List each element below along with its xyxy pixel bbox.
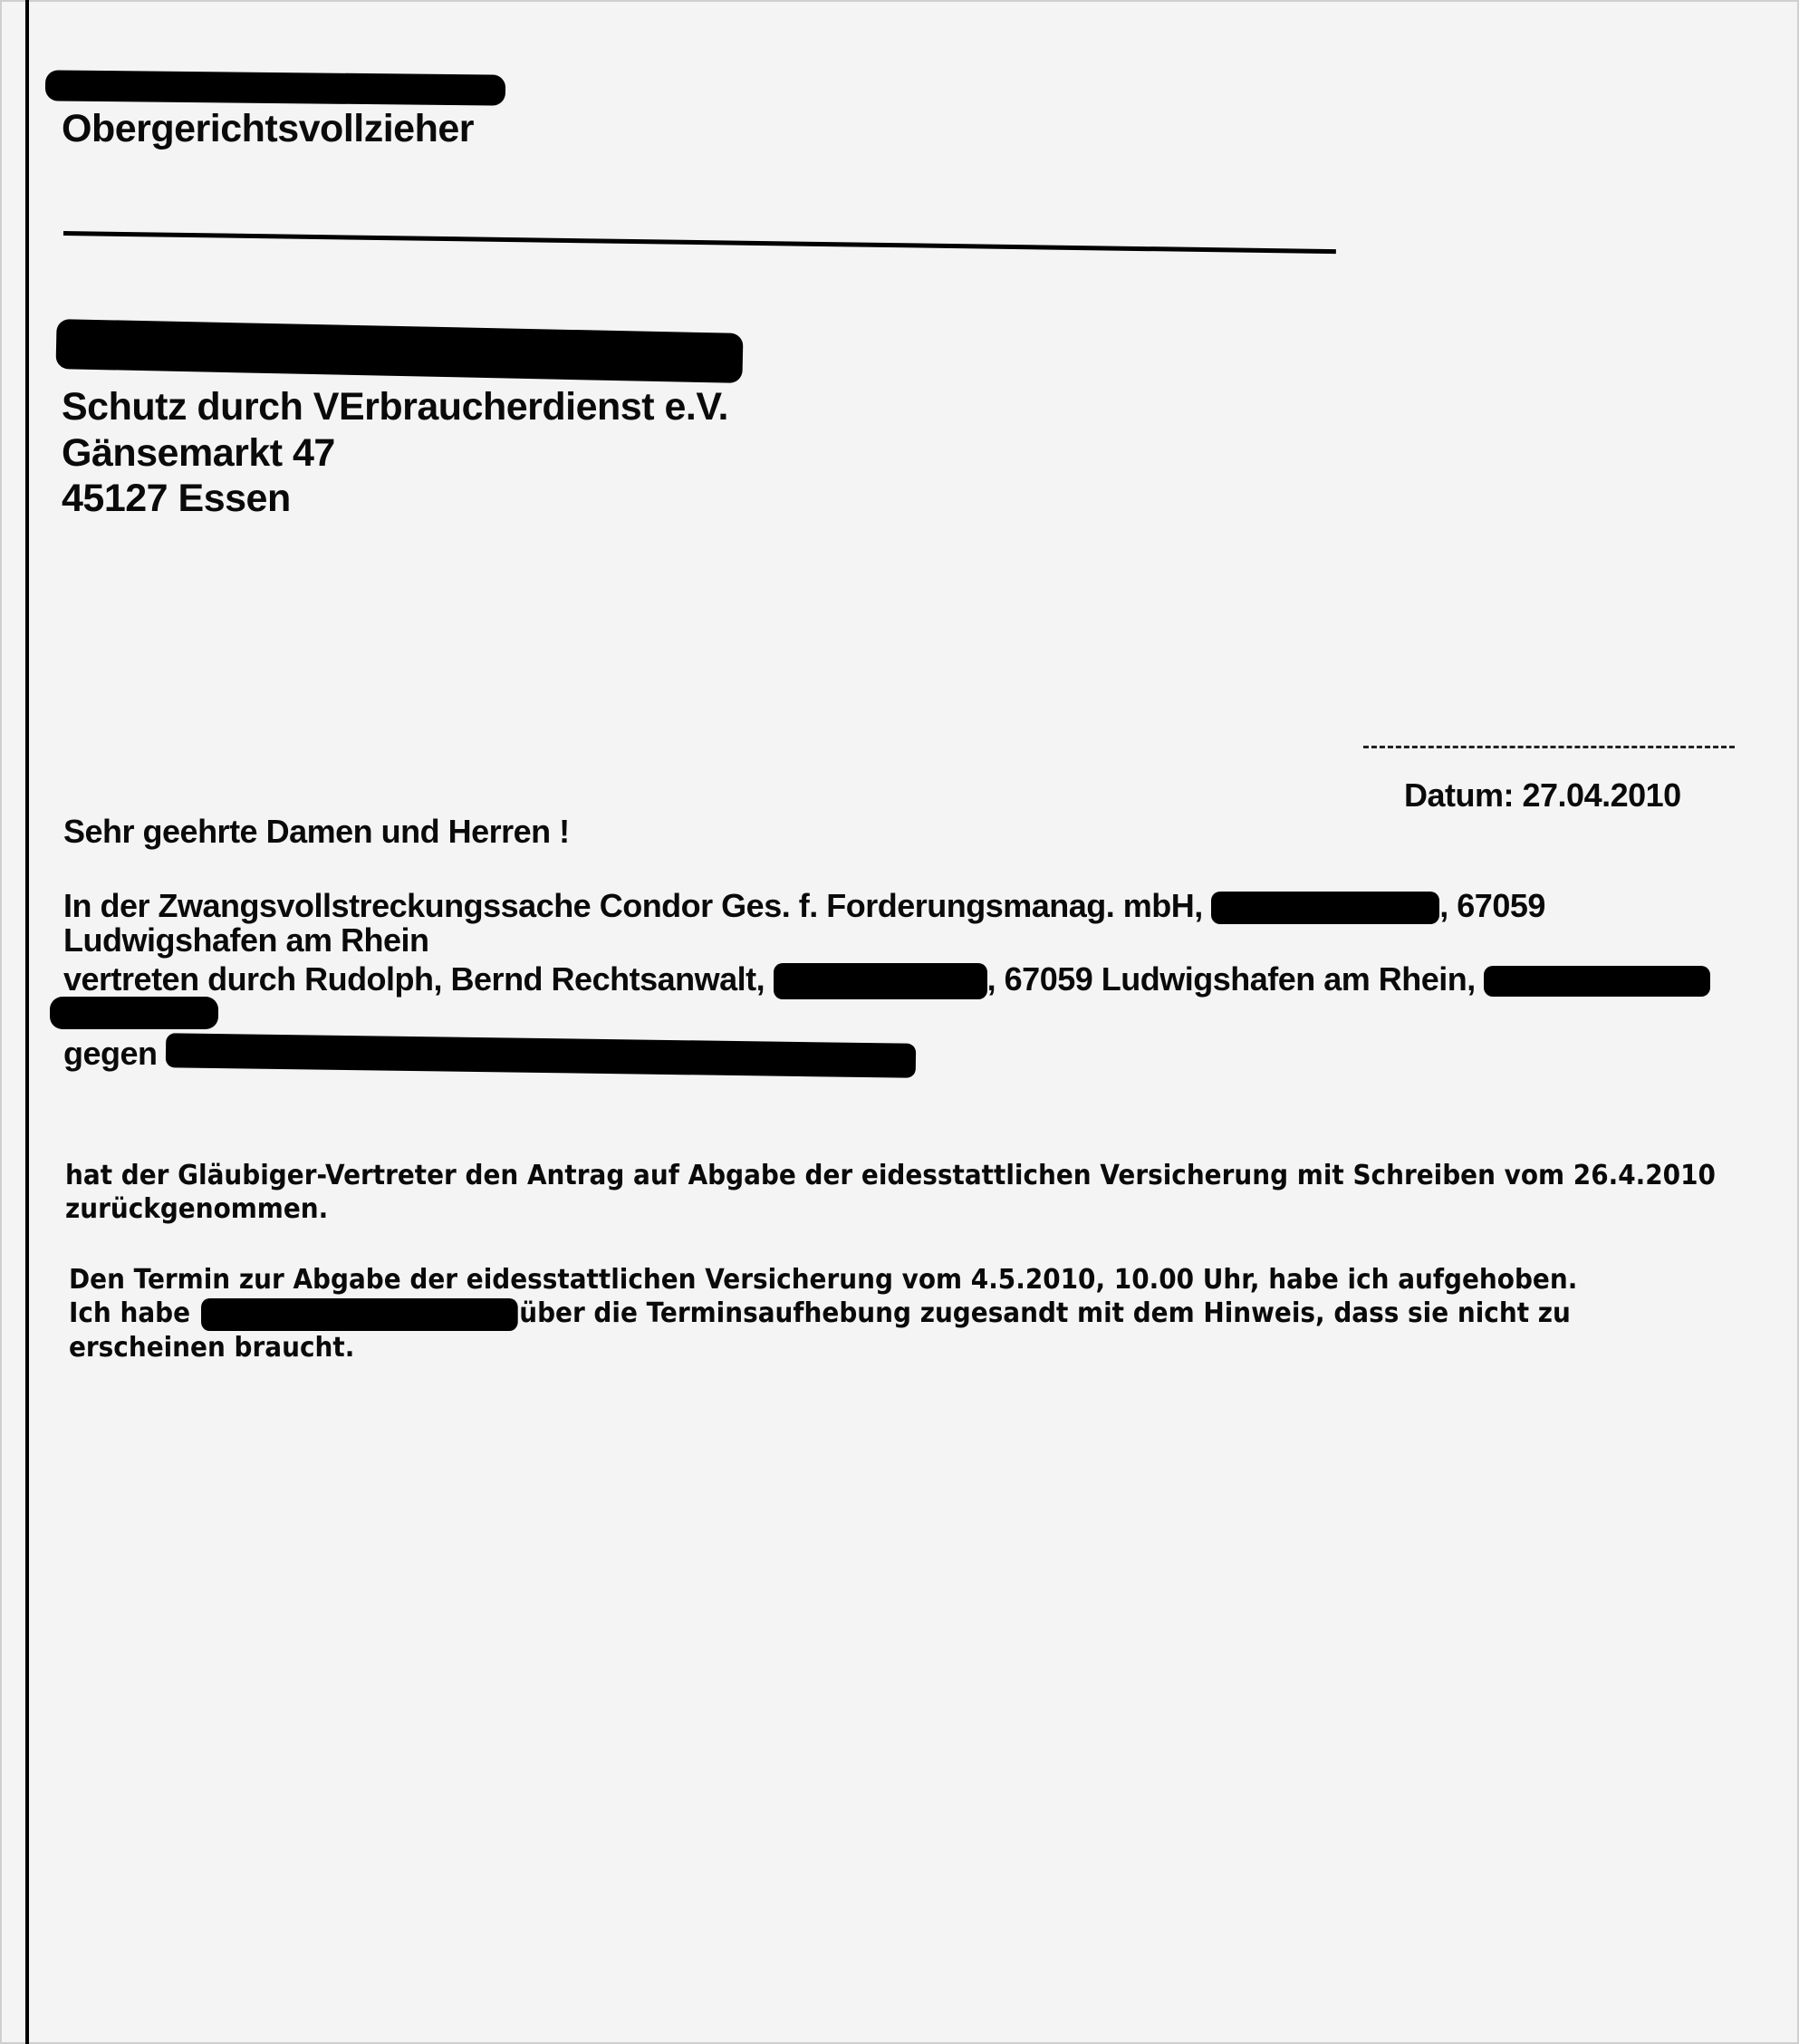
case-line-3: vertreten durch Rudolph, Bernd Rechtsanw…: [63, 960, 1710, 999]
case-representative: vertreten durch Rudolph, Bernd Rechtsanw…: [63, 960, 765, 998]
redacted-addressee: [201, 1298, 518, 1331]
case-line-2: Ludwigshafen am Rhein: [63, 921, 429, 959]
redacted-creditor-address: [1211, 892, 1439, 924]
redacted-lawyer-address: [774, 963, 987, 999]
body-paragraph-2-line-3: erscheinen braucht.: [69, 1332, 354, 1364]
case-line-1: In der Zwangsvollstreckungssache Condor …: [63, 887, 1545, 925]
case-against: gegen: [63, 1035, 158, 1072]
body-paragraph-1-line-1: hat der Gläubiger-Vertreter den Antrag a…: [65, 1160, 1716, 1191]
case-creditor: In der Zwangsvollstreckungssache Condor …: [63, 887, 1203, 924]
redacted-debtor: [166, 1034, 916, 1079]
body-notice: über die Terminsaufhebung zugesandt mit …: [519, 1297, 1571, 1329]
body-paragraph-2-line-1: Den Termin zur Abgabe der eidesstattlich…: [69, 1264, 1577, 1296]
page-border: [0, 0, 1799, 2044]
recipient-street: Gänsemarkt 47: [62, 431, 335, 476]
salutation: Sehr geehrte Damen und Herren !: [63, 813, 570, 851]
recipient-city: 45127 Essen: [62, 477, 291, 521]
case-line-4: gegen: [63, 1035, 916, 1073]
body-paragraph-2-line-2: Ich habe über die Terminsaufhebung zuges…: [69, 1297, 1571, 1331]
case-creditor-zip: , 67059: [1439, 887, 1545, 924]
body-i-have: Ich habe: [69, 1297, 190, 1329]
redacted-sender-name: [45, 70, 505, 105]
recipient-organization: Schutz durch VErbraucherdienst e.V.: [62, 385, 728, 429]
redacted-reference-continued: [50, 997, 218, 1029]
case-representative-city: , 67059 Ludwigshafen am Rhein,: [987, 960, 1476, 998]
body-paragraph-1-line-2: zurückgenommen.: [65, 1193, 328, 1225]
sender-title: Obergerichtsvollzieher: [62, 107, 474, 151]
letter-date: Datum: 27.04.2010: [1404, 776, 1681, 815]
left-margin-line: [25, 0, 29, 2044]
redacted-lawyer-reference: [1484, 966, 1710, 997]
date-rule: [1363, 746, 1735, 748]
